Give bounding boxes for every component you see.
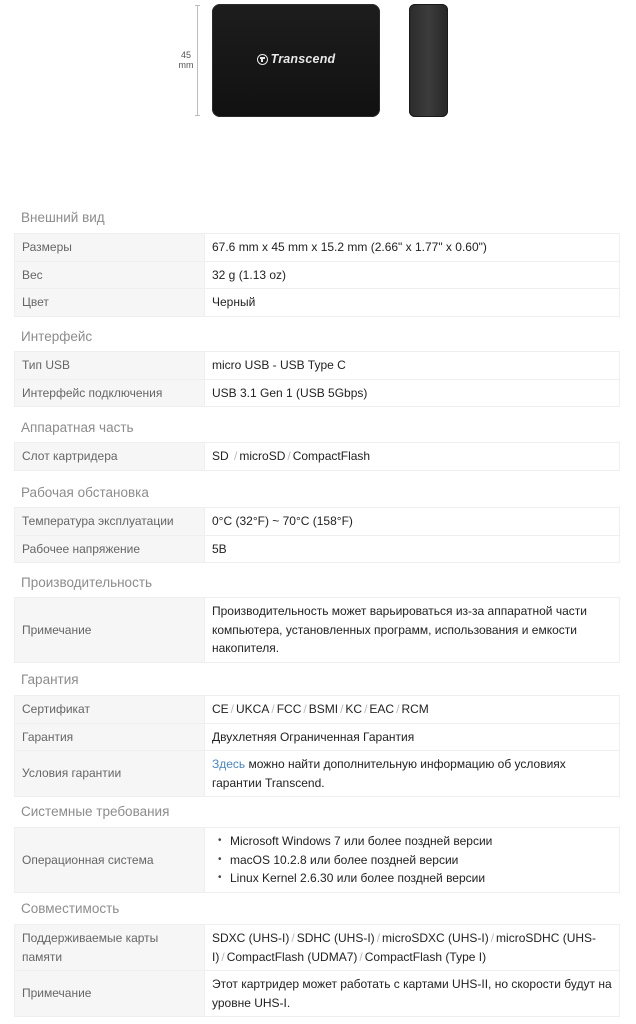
table-row: Тип USB micro USB - USB Type C (15, 352, 620, 380)
separator: / (303, 702, 306, 716)
spec-value: Здесь можно найти дополнительную информа… (205, 751, 620, 797)
warranty-terms-link[interactable]: Здесь (212, 757, 245, 771)
table-row: Гарантия Двухлетняя Ограниченная Гаранти… (15, 723, 620, 751)
section-title-hardware: Аппаратная часть (21, 419, 134, 437)
separator: / (271, 702, 274, 716)
table-row: Условия гарантии Здесь можно найти допол… (15, 751, 620, 797)
spec-table-performance: Примечание Производительность может варь… (14, 597, 620, 663)
spec-table-hardware: Слот картридера SD /microSD/CompactFlash (14, 442, 620, 471)
table-row: Поддерживаемые карты памяти SDXC (UHS-I)… (15, 925, 620, 971)
dimension-line (197, 5, 198, 116)
value-item: CompactFlash (UDMA7) (227, 950, 358, 964)
table-row: Сертификат CE/UKCA/FCC/BSMI/KC/EAC/RCM (15, 696, 620, 724)
spec-label: Цвет (15, 289, 205, 317)
table-row: Размеры 67.6 mm x 45 mm x 15.2 mm (2.66"… (15, 234, 620, 262)
table-row: Интерфейс подключения USB 3.1 Gen 1 (USB… (15, 379, 620, 407)
spec-value: Черный (205, 289, 620, 317)
spec-value: 0°C (32°F) ~ 70°C (158°F) (205, 508, 620, 536)
spec-table-interface: Тип USB micro USB - USB Type C Интерфейс… (14, 351, 620, 407)
product-image: 45 mm Transcend (0, 0, 636, 205)
section-title-interface: Интерфейс (21, 328, 92, 346)
value-item: EAC (369, 702, 394, 716)
spec-value: Этот картридер может работать с картами … (205, 971, 620, 1017)
brand-logo: Transcend (212, 52, 380, 66)
separator: / (340, 702, 343, 716)
value-item: CompactFlash (293, 449, 370, 463)
value-item: BSMI (309, 702, 338, 716)
spec-label: Интерфейс подключения (15, 379, 205, 407)
dimension-unit: mm (176, 60, 196, 70)
value-item: RCM (401, 702, 428, 716)
spec-label: Тип USB (15, 352, 205, 380)
spec-value: 5В (205, 535, 620, 563)
section-title-warranty: Гарантия (21, 671, 79, 689)
separator: / (396, 702, 399, 716)
table-row: Операционная система Microsoft Windows 7… (15, 828, 620, 893)
spec-label: Рабочее напряжение (15, 535, 205, 563)
os-list: Microsoft Windows 7 или более поздней ве… (212, 832, 612, 888)
table-row: Цвет Черный (15, 289, 620, 317)
list-item: macOS 10.2.8 или более поздней версии (230, 851, 612, 870)
spec-label: Операционная система (15, 828, 205, 893)
table-row: Слот картридера SD /microSD/CompactFlash (15, 443, 620, 471)
value-item: FCC (277, 702, 302, 716)
value-item: SD (212, 449, 232, 463)
table-row: Рабочее напряжение 5В (15, 535, 620, 563)
spec-label: Поддерживаемые карты памяти (15, 925, 205, 971)
separator: / (377, 931, 380, 945)
spec-table-compatibility: Поддерживаемые карты памяти SDXC (UHS-I)… (14, 924, 620, 1017)
spec-label: Сертификат (15, 696, 205, 724)
value-item: CompactFlash (Type I) (365, 950, 486, 964)
separator: / (491, 931, 494, 945)
spec-table-warranty: Сертификат CE/UKCA/FCC/BSMI/KC/EAC/RCM Г… (14, 695, 620, 797)
spec-value: SD /microSD/CompactFlash (205, 443, 620, 471)
separator: / (291, 931, 294, 945)
spec-value: SDXC (UHS-I)/SDHC (UHS-I)/microSDXC (UHS… (205, 925, 620, 971)
separator: / (359, 950, 362, 964)
spec-value: 32 g (1.13 oz) (205, 261, 620, 289)
section-title-appearance: Внешний вид (21, 209, 105, 227)
list-item: Linux Kernel 2.6.30 или более поздней ве… (230, 869, 612, 888)
separator: / (221, 950, 224, 964)
dimension-label: 45 mm (176, 50, 196, 70)
spec-label: Гарантия (15, 723, 205, 751)
value-item: KC (345, 702, 362, 716)
value-item: SDHC (UHS-I) (297, 931, 375, 945)
spec-label: Вес (15, 261, 205, 289)
transcend-logo-icon (257, 54, 268, 65)
spec-label: Температура эксплуатации (15, 508, 205, 536)
table-row: Вес 32 g (1.13 oz) (15, 261, 620, 289)
table-row: Примечание Этот картридер может работать… (15, 971, 620, 1017)
spec-label: Размеры (15, 234, 205, 262)
value-item: CE (212, 702, 229, 716)
spec-table-environment: Температура эксплуатации 0°C (32°F) ~ 70… (14, 507, 620, 563)
section-title-performance: Производительность (21, 574, 152, 592)
spec-label: Слот картридера (15, 443, 205, 471)
section-title-environment: Рабочая обстановка (21, 484, 149, 502)
value-item: microSD (239, 449, 285, 463)
spec-table-appearance: Размеры 67.6 mm x 45 mm x 15.2 mm (2.66"… (14, 233, 620, 317)
dimension-value: 45 (176, 50, 196, 60)
spec-label: Примечание (15, 598, 205, 663)
spec-label: Условия гарантии (15, 751, 205, 797)
value-item: microSDXC (UHS-I) (382, 931, 489, 945)
warranty-terms-text: можно найти дополнительную информацию об… (212, 757, 566, 790)
spec-label: Примечание (15, 971, 205, 1017)
card-reader-front: Transcend (212, 4, 380, 117)
section-title-compatibility: Совместимость (21, 900, 119, 918)
spec-value: 67.6 mm x 45 mm x 15.2 mm (2.66" x 1.77"… (205, 234, 620, 262)
separator: / (364, 702, 367, 716)
spec-value: Двухлетняя Ограниченная Гарантия (205, 723, 620, 751)
brand-name: Transcend (271, 52, 336, 66)
value-item: SDXC (UHS-I) (212, 931, 289, 945)
section-title-system-requirements: Системные требования (21, 803, 169, 821)
separator: / (287, 449, 290, 463)
table-row: Температура эксплуатации 0°C (32°F) ~ 70… (15, 508, 620, 536)
spec-value: CE/UKCA/FCC/BSMI/KC/EAC/RCM (205, 696, 620, 724)
separator: / (234, 449, 237, 463)
spec-value: Microsoft Windows 7 или более поздней ве… (205, 828, 620, 893)
spec-value: USB 3.1 Gen 1 (USB 5Gbps) (205, 379, 620, 407)
spec-table-system-requirements: Операционная система Microsoft Windows 7… (14, 827, 620, 893)
table-row: Примечание Производительность может варь… (15, 598, 620, 663)
spec-value: micro USB - USB Type C (205, 352, 620, 380)
value-item: UKCA (236, 702, 269, 716)
card-reader-side (409, 4, 448, 117)
spec-value: Производительность может варьироваться и… (205, 598, 620, 663)
separator: / (231, 702, 234, 716)
list-item: Microsoft Windows 7 или более поздней ве… (230, 832, 612, 851)
